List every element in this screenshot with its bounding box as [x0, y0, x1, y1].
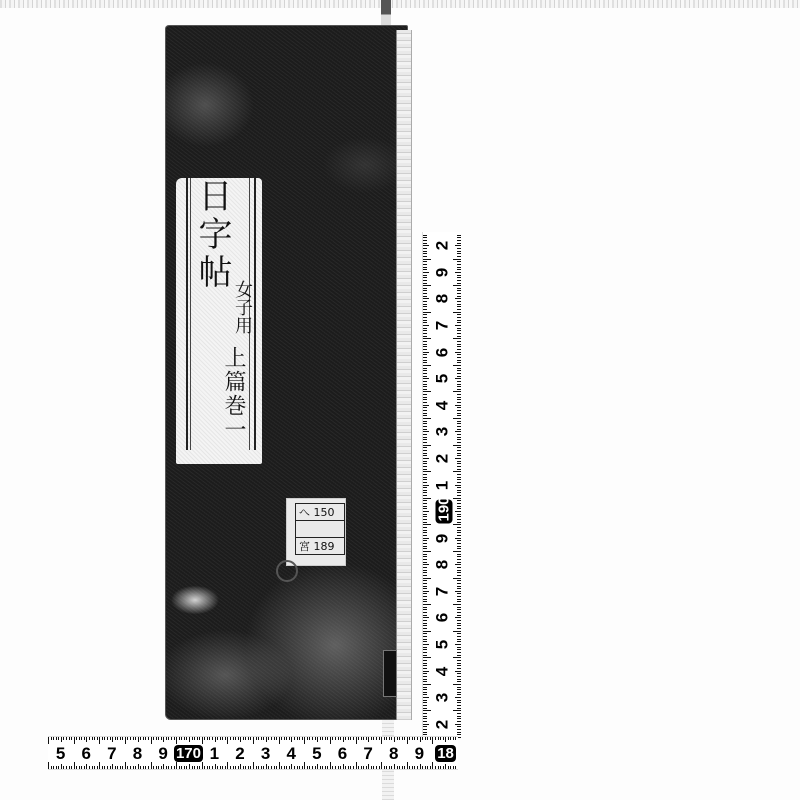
ruler-label: 5 — [312, 745, 321, 762]
horizontal-scale-ruler: 5678917012345678918 — [48, 736, 458, 770]
ruler-label: 18 — [435, 745, 456, 762]
ruler-label: 3 — [434, 688, 451, 708]
ruler-label: 9 — [415, 745, 424, 762]
ruler-label: 3 — [434, 422, 451, 442]
ruler-label: 8 — [434, 289, 451, 309]
ruler-label: 2 — [434, 448, 451, 468]
ruler-label: 8 — [133, 745, 142, 762]
ruler-label: 6 — [338, 745, 347, 762]
ruler-label: 2 — [434, 714, 451, 734]
ruler-label: 1 — [210, 745, 219, 762]
ruler-label: 5 — [56, 745, 65, 762]
ruler-label: 9 — [158, 745, 167, 762]
library-label: へ 150 宮 189 — [286, 498, 346, 566]
ruler-label: 7 — [434, 581, 451, 601]
book-volume: 上篇巻一 — [216, 346, 246, 442]
ruler-label: 7 — [363, 745, 372, 762]
library-label-row-3: 宮 189 — [295, 537, 345, 555]
vertical-scale-ruler: 234567891901234567892 — [422, 232, 461, 737]
bookmark-tab — [381, 0, 391, 26]
ruler-label: 6 — [434, 342, 451, 362]
ruler-label: 4 — [434, 661, 451, 681]
library-label-row-1: へ 150 — [295, 503, 345, 521]
ruler-label: 4 — [286, 745, 295, 762]
ruler-label: 8 — [434, 555, 451, 575]
ruler-label: 190 — [436, 500, 453, 524]
book-subtitle: 女子用 — [226, 280, 252, 334]
ruler-label: 2 — [235, 745, 244, 762]
scan-top-edge — [0, 0, 800, 8]
library-label-row-2 — [295, 520, 345, 538]
ruler-label: 3 — [261, 745, 270, 762]
ruler-label: 7 — [434, 316, 451, 336]
ruler-label: 4 — [434, 395, 451, 415]
ruler-label: 5 — [434, 634, 451, 654]
ruler-label: 7 — [107, 745, 116, 762]
book-title: 日字帖 — [194, 178, 234, 292]
ruler-label: 2 — [434, 236, 451, 256]
title-slip: 日字帖 女子用 上篇巻一 — [176, 178, 262, 464]
book-spine-edge — [396, 30, 412, 720]
ruler-label: 9 — [434, 528, 451, 548]
ruler-label: 5 — [434, 369, 451, 389]
ruler-label: 170 — [174, 745, 203, 762]
spine-tab — [383, 650, 397, 697]
ruler-label: 6 — [434, 608, 451, 628]
ruler-label: 9 — [434, 262, 451, 282]
library-seal-stamp — [276, 560, 298, 582]
ruler-label: 6 — [81, 745, 90, 762]
ruler-label: 8 — [389, 745, 398, 762]
ruler-label: 1 — [434, 475, 451, 495]
